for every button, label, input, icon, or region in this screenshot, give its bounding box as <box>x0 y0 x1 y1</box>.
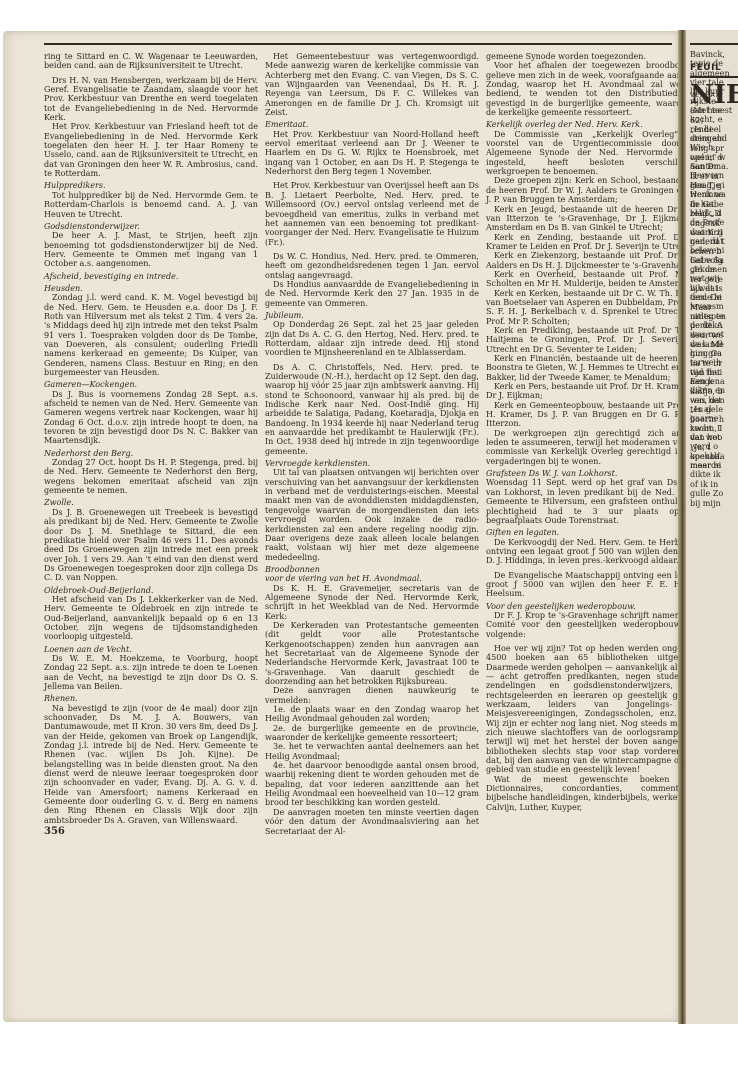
section-heading: Vervroegde kerkdiensten. <box>265 459 479 468</box>
section-heading: Kerkelijk overleg der Ned. Herv. Kerk. <box>486 120 700 129</box>
paragraph: Kerk en Gemeenteopbouw, bestaande uit Pr… <box>486 401 700 429</box>
section-heading: Giften en legaten. <box>486 528 700 537</box>
paragraph: Hoe ver wij zijn? Tot op heden werden on… <box>486 644 700 775</box>
paragraph: Kerk en Overheid, bestaande uit Prof. Mr… <box>486 270 700 289</box>
paragraph: 3e. het te verwachten aantal deelnemers … <box>265 742 479 761</box>
next-page-lines-bottom: (Met toest62) „Is histem alstong spropen… <box>690 106 738 115</box>
section-heading: Rhenen. <box>44 694 258 703</box>
paragraph: Wat de meest gewenschte boeken zijn? Dic… <box>486 775 700 812</box>
paragraph: Ds Hondius aanvaardde de Evangeliebedien… <box>265 280 479 308</box>
paragraph: De werkgroepen zijn gerechtigd zich ande… <box>486 429 700 466</box>
fragment-line: dikte ik <box>690 470 738 479</box>
fragment-line: wenk wa <box>690 190 738 199</box>
paragraph: Kerk en Ziekenzorg, bestaande uit Prof. … <box>486 251 700 270</box>
fragment-line: was. Me <box>690 340 738 349</box>
section-heading: Emeritaat. <box>265 120 479 129</box>
fragment-line: Bavinck, <box>690 50 738 59</box>
paragraph: De heer A. J. Mast, te Strijen, heeft zi… <box>44 231 258 268</box>
section-heading: Loenen aan de Vecht. <box>44 645 258 654</box>
fragment-line: open," w <box>690 153 738 162</box>
fragment-line: wat Krij <box>690 228 738 237</box>
header-rule <box>44 43 672 45</box>
paragraph: Ds K. H. E. Gravemeijer, secretaris van … <box>265 584 479 621</box>
fragment-line: ik er in <box>690 172 738 181</box>
paragraph: ring te Sittard en C. W. Wagenaar te Lee… <box>44 52 258 71</box>
fragment-line: terde hi <box>690 293 738 302</box>
column-3: gemeene Synode worden toegezonden.Voor h… <box>486 52 700 812</box>
page-number: 356 <box>44 827 258 836</box>
fragment-line: gen Tje <box>690 181 738 190</box>
section-heading: Godsdienstonderwijzer. <box>44 222 258 231</box>
paragraph: Drs H. N. van Hensbergen, werkzaam bij d… <box>44 76 258 123</box>
paragraph: Kerk en Zending, bestaande uit Prof. Dr … <box>486 233 700 252</box>
section-heading: Grafsteen Ds W. J. van Lokhorst. <box>486 469 700 478</box>
fragment-line: koekalf. <box>690 452 738 461</box>
paragraph: Voor het afhalen der toegewezen broodbon… <box>486 61 700 117</box>
paragraph: Kerk en Financiën, bestaande uit de heer… <box>486 354 700 382</box>
paragraph: De aanvragen moeten ten minste veertien … <box>265 808 479 836</box>
column-2: Het Gemeentebestuur was vertegenwoordigd… <box>265 52 479 836</box>
paragraph: Deze groepen zijn: Kerk en School, besta… <box>486 176 700 204</box>
fragment-line: ging Ga <box>690 349 738 358</box>
paragraph: De Evangelische Maatschappij ontving een… <box>486 571 700 599</box>
section-heading: Hulppredikers. <box>44 181 258 190</box>
paragraph: 2e. de burgerlijke gemeente en de provin… <box>265 724 479 743</box>
fragment-line: tijd thui <box>690 368 738 377</box>
paragraph: Kerk en Pers, bestaande uit Prof. Dr H. … <box>486 382 700 401</box>
section-heading: Voor den geestelijken wederopbouw. <box>486 602 700 611</box>
fragment-line: kalfje, b <box>690 387 738 396</box>
paragraph: Kerk en Prediking, bestaande uit Prof. D… <box>486 326 700 354</box>
fragment-line: (Met toest <box>690 106 738 115</box>
section-heading: Gameren—Kockengen. <box>44 380 258 389</box>
feuilleton-headline: NIE <box>690 82 738 91</box>
paragraph: Het Prov. Kerkbestuur van Overijssel hee… <box>265 181 479 246</box>
paragraph: De Kerkvoogdij der Ned. Herv. Gem. te He… <box>486 538 700 566</box>
paragraph: Tot hulpprediker bij de Ned. Hervormde G… <box>44 191 258 219</box>
fragment-line: Santema. <box>690 162 738 171</box>
fragment-line: of ik in <box>690 480 738 489</box>
paragraph: Uit tal van plaatsen ontvangen wij beric… <box>265 468 479 561</box>
fragment-line: Gabe Sa <box>690 256 738 265</box>
fragment-line: ter gere <box>690 275 738 284</box>
paragraph: Deze aanvragen dienen nauwkeurig te verm… <box>265 686 479 705</box>
fragment-line: tong spr <box>690 144 738 153</box>
section-heading: Heusden. <box>44 284 258 293</box>
paragraph: Ds W. E. M. Hoekzema, te Voorburg, hoopt… <box>44 654 258 691</box>
paragraph: De Kerkeraden van Protestantsche gemeent… <box>265 621 479 686</box>
next-page-rule <box>690 43 738 45</box>
paragraph: gemeene Synode worden toegezonden. <box>486 52 700 61</box>
next-page-text: Bavinck,tepie dealgemeenvier talelijk ku… <box>690 50 738 116</box>
paragraph: Ds A. C. Christoffels, Ned. Herv. pred. … <box>265 363 479 456</box>
fragment-line: na te br <box>690 359 738 368</box>
section-heading: Zwolle. <box>44 498 258 507</box>
paragraph: Dr F. J. Krop te 's-Gravenhage schrijft … <box>486 611 700 639</box>
section-heading: Broodbonnen <box>265 565 479 574</box>
paragraph: Ds J. B. Groenewegen uit Treebeek is bev… <box>44 508 258 583</box>
paragraph: Kerk en Kerken, bestaande uit Dr C. W. T… <box>486 289 700 326</box>
paragraph: Zondag 27 Oct. hoopt Ds H. P. Stegenga, … <box>44 458 258 495</box>
paragraph: 1e. de plaats waar en den Zondag waarop … <box>265 705 479 724</box>
book-gutter <box>678 30 686 1024</box>
next-page-lines-top: Bavinck,tepie dealgemeenvier talelijk ku… <box>690 50 738 59</box>
fragment-line: maar ni <box>690 461 738 470</box>
fragment-line: w.wat is <box>690 284 738 293</box>
paragraph: 4e. het daarvoor benoodigde aantal onsen… <box>265 761 479 808</box>
section-heading: Afscheid, bevestiging en intrede. <box>44 272 258 281</box>
column-1: ring te Sittard en C. W. Wagenaar te Lee… <box>44 52 258 837</box>
paragraph: Woensdag 11 Sept. werd op het graf van D… <box>486 478 700 525</box>
next-page-fragment: Bavinck,tepie dealgemeenvier talelijk ku… <box>686 30 738 1024</box>
fragment-line: gen, dat <box>690 237 738 246</box>
fragment-line: kwam, I <box>690 424 738 433</box>
fragment-line: de Gabe <box>690 200 738 209</box>
section-heading: Nederhorst den Berg. <box>44 449 258 458</box>
paragraph: Na bevestigd te zijn (voor de 4e maal) d… <box>44 704 258 825</box>
fragment-line: uitleg te <box>690 312 738 321</box>
paragraph: Het Prov. Kerkbestuur van Friesland heef… <box>44 122 258 178</box>
section-heading: Jubileum. <box>265 311 479 320</box>
paragraph: Het Prov. Kerkbestuur van Noord-Holland … <box>265 130 479 177</box>
fragment-line: bij mijn <box>690 499 738 508</box>
fragment-line: was het <box>690 396 738 405</box>
paragraph: Kerk en Jeugd, bestaande uit de heeren D… <box>486 205 700 233</box>
fragment-line: ongeuk <box>690 219 738 228</box>
fragment-line: boerin h <box>690 415 738 424</box>
fragment-line: schen b <box>690 247 738 256</box>
paragraph: Ds W. C. Hondius, Ned. Herv. pred. te Om… <box>265 252 479 280</box>
paragraph: Op Donderdag 26 Sept. zal het 25 jaar ge… <box>265 320 479 357</box>
section-heading: Oldebroek-Oud-Beijerland. <box>44 586 258 595</box>
fragment-line: gulle Zo <box>690 489 738 498</box>
fragment-line: dat woo <box>690 433 738 442</box>
paragraph: Het afscheid van Ds J. Lekkerkerker van … <box>44 595 258 642</box>
paragraph: Ds J. Bus is voornemens Zondag 28 Sept. … <box>44 390 258 446</box>
fragment-line: deur we <box>690 331 738 340</box>
paragraph: De Commissie van „Kerkelijk Overleg", op… <box>486 130 700 177</box>
fragment-line: zelijk, d <box>690 209 738 218</box>
paragraph: Zondag j.l. werd cand. K. M. Vogel beves… <box>44 293 258 377</box>
paragraph: Het Gemeentebestuur was vertegenwoordigd… <box>265 52 479 117</box>
fragment-line: de deke <box>690 321 738 330</box>
fragment-line: gekomen <box>690 265 738 274</box>
fragment-line: stem als <box>690 134 738 143</box>
section-heading: voor de viering van het H. Avondmaal. <box>265 574 479 583</box>
